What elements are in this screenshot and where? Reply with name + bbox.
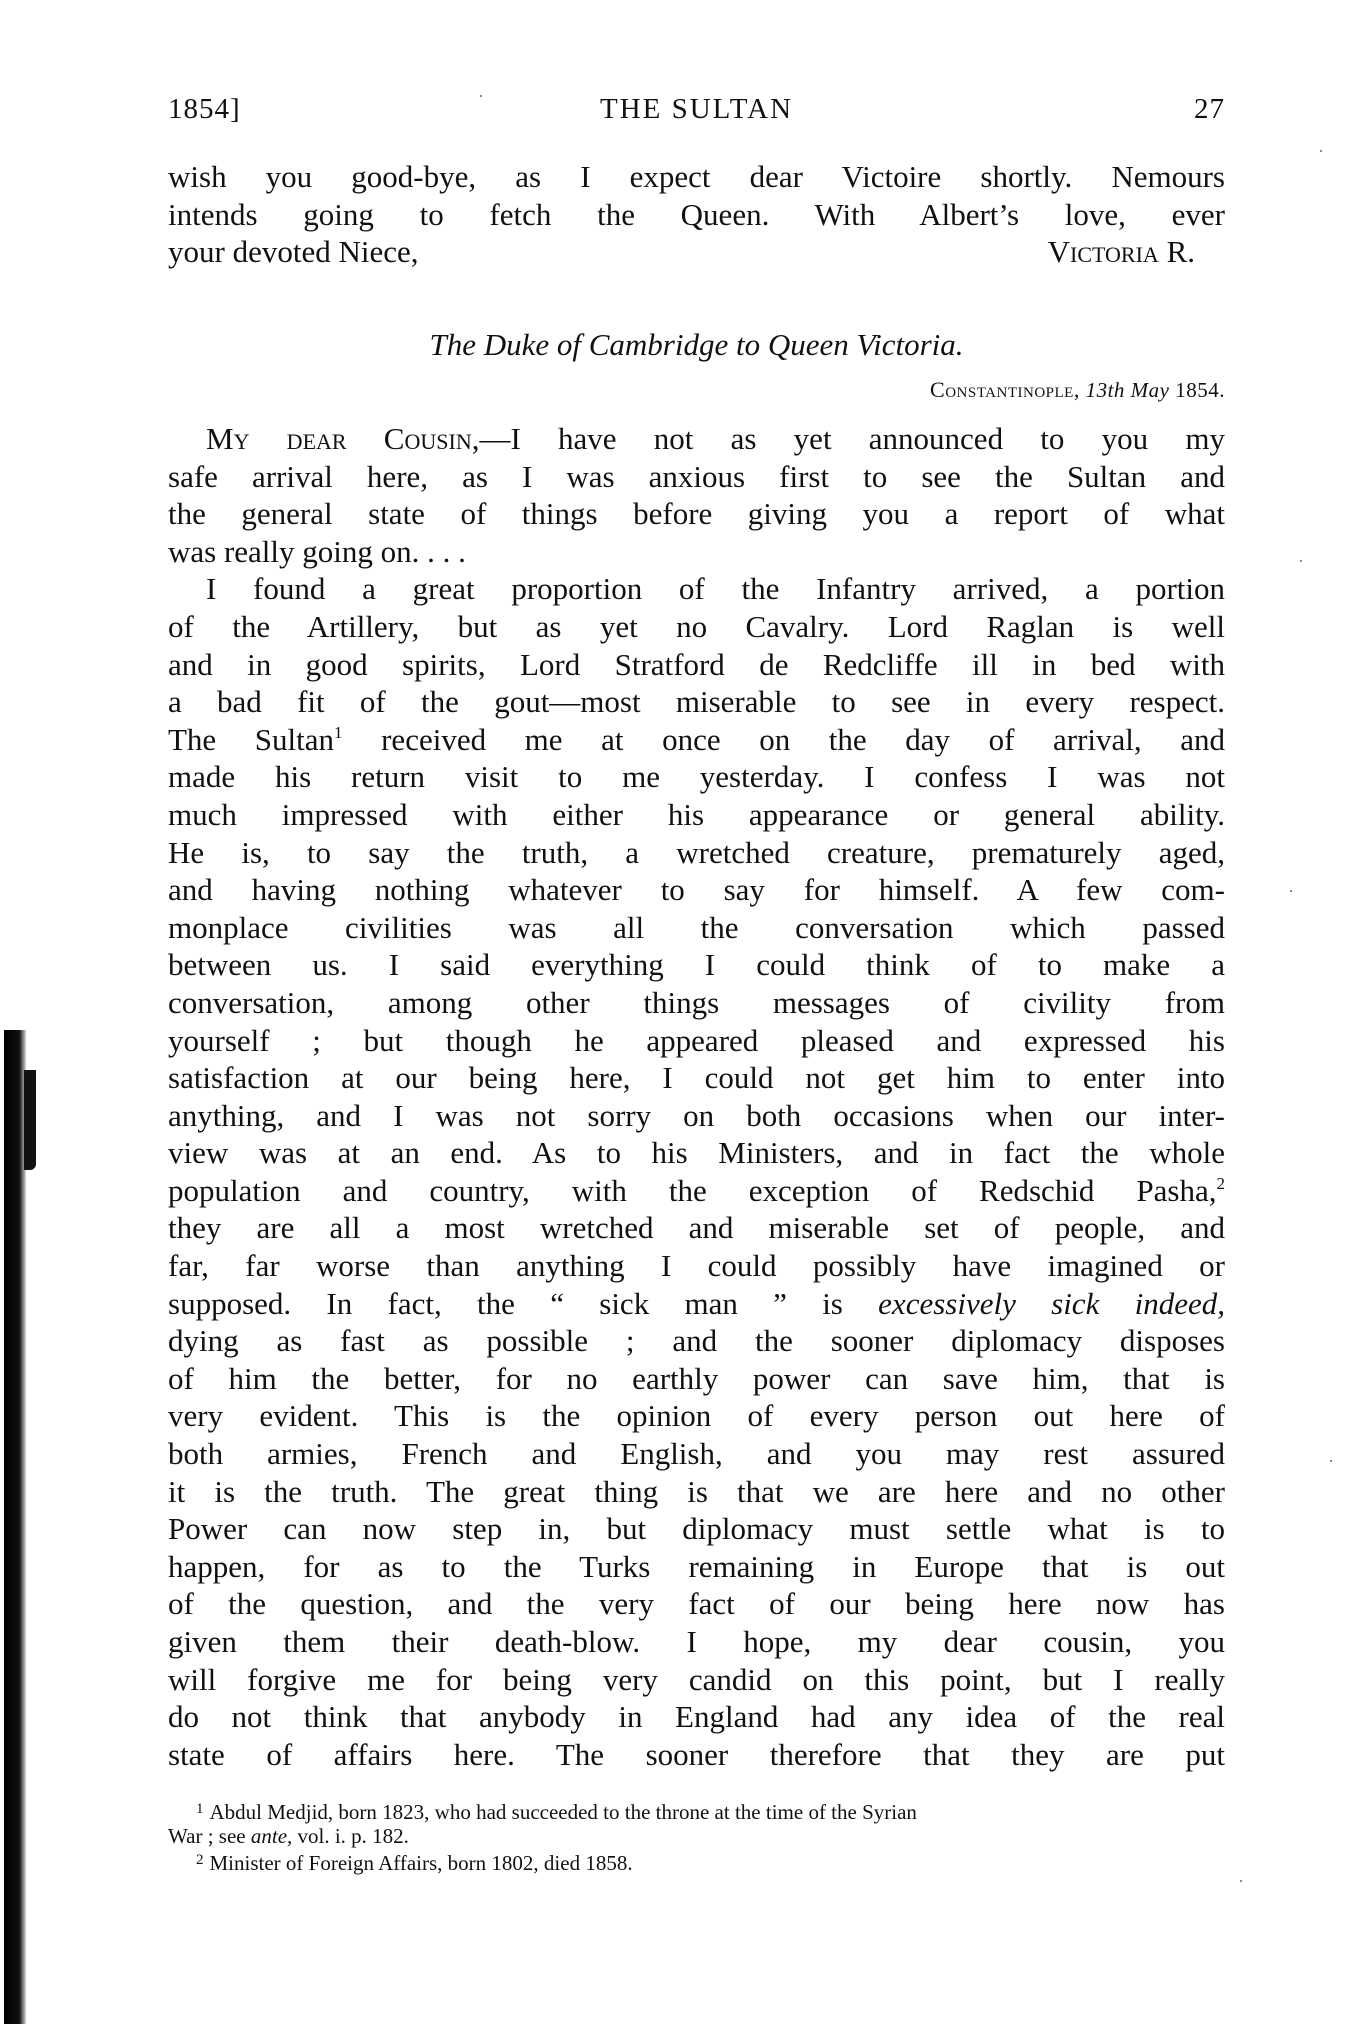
text-line: He is, to say the truth, a wretched crea… xyxy=(168,834,1225,872)
text-line: and having nothing whatever to say for h… xyxy=(168,871,1225,909)
letter-date-month: May xyxy=(1131,378,1170,402)
scan-speck xyxy=(480,95,482,97)
text-line: view was at an end. As to his Ministers,… xyxy=(168,1134,1225,1172)
footnote-text: War ; see xyxy=(168,1824,246,1848)
text-line: between us. I said everything I could th… xyxy=(168,946,1225,984)
book-page: 1854] THE SULTAN 27 wish you good-bye, a… xyxy=(0,0,1371,2024)
footnote-text: Minister of Foreign Affairs, born 1802, … xyxy=(210,1851,633,1875)
letter-title: The Duke of Cambridge to Queen Victoria. xyxy=(168,327,1225,363)
signature: Victoria R. xyxy=(1048,233,1195,271)
text-line: state of affairs here. The sooner theref… xyxy=(168,1736,1225,1774)
text-line: far, far worse than anything I could pos… xyxy=(168,1247,1225,1285)
text-line: they are all a most wretched and miserab… xyxy=(168,1209,1225,1247)
footnote-number: 2 xyxy=(196,1852,204,1868)
footnotes: 1Abdul Medjid, born 1823, who had succee… xyxy=(168,1797,1225,1875)
header-running-title: THE SULTAN xyxy=(168,93,1225,126)
text-span: —I have not as yet announced to you my xyxy=(479,421,1225,456)
letter-date-day: 13th xyxy=(1086,378,1125,402)
text-span: received me at once on the day of arriva… xyxy=(381,722,1225,757)
scan-speck xyxy=(1240,1880,1242,1882)
scan-speck xyxy=(1300,560,1302,562)
footnote-1-cont: War ; see ante, vol. i. p. 182. xyxy=(168,1824,1225,1848)
salutation: My dear Cousin, xyxy=(206,421,479,456)
text-line: and in good spirits, Lord Stratford de R… xyxy=(168,646,1225,684)
text-line: population and country, with the excepti… xyxy=(168,1172,1225,1210)
text-line: will forgive me for being very candid on… xyxy=(168,1661,1225,1699)
footnote-text: Abdul Medjid, born 1823, who had succeed… xyxy=(210,1800,917,1824)
letter-body: My dear Cousin,—I have not as yet announ… xyxy=(168,420,1225,1773)
letter-place: Constantinople, xyxy=(930,377,1080,402)
footnote-1: 1Abdul Medjid, born 1823, who had succee… xyxy=(168,1797,1225,1824)
text-line: was really going on. . . . xyxy=(168,533,1225,571)
text-line: the general state of things before givin… xyxy=(168,495,1225,533)
text-line: monplace civilities was all the conversa… xyxy=(168,909,1225,947)
text-line: much impressed with either his appearanc… xyxy=(168,796,1225,834)
text-span: population and country, with the excepti… xyxy=(168,1173,1217,1208)
footnote-number: 1 xyxy=(196,1801,204,1817)
closing: your devoted Niece, xyxy=(168,234,418,269)
text-line: dying as fast as possible ; and the soon… xyxy=(168,1322,1225,1360)
running-header: 1854] THE SULTAN 27 xyxy=(168,93,1225,133)
footnote-ref-2[interactable]: 2 xyxy=(1217,1174,1226,1193)
text-line: supposed. In fact, the “ sick man ” is e… xyxy=(168,1285,1225,1323)
text-line: happen, for as to the Turks remaining in… xyxy=(168,1548,1225,1586)
text-line: of the question, and the very fact of ou… xyxy=(168,1585,1225,1623)
text-line: conversation, among other things message… xyxy=(168,984,1225,1022)
text-line: My dear Cousin,—I have not as yet announ… xyxy=(168,420,1225,458)
binding-shadow xyxy=(4,1030,26,2024)
text-line: a bad fit of the gout—most miserable to … xyxy=(168,683,1225,721)
text-line: yourself ; but though he appeared please… xyxy=(168,1022,1225,1060)
text-line: I found a great proportion of the Infant… xyxy=(168,570,1225,608)
text-line: very evident. This is the opinion of eve… xyxy=(168,1397,1225,1435)
text-span: supposed. In fact, the “ sick man ” is xyxy=(168,1286,843,1321)
text-line: anything, and I was not sorry on both oc… xyxy=(168,1097,1225,1135)
text-line: intends going to fetch the Queen. With A… xyxy=(168,196,1225,234)
footnote-ref-1[interactable]: 1 xyxy=(334,723,343,742)
letter-dateline: Constantinople, 13th May 1854. xyxy=(930,377,1225,403)
text-line: safe arrival here, as I was anxious firs… xyxy=(168,458,1225,496)
scan-speck xyxy=(1330,1460,1332,1462)
text-line: of the Artillery, but as yet no Cavalry.… xyxy=(168,608,1225,646)
text-line: it is the truth. The great thing is that… xyxy=(168,1473,1225,1511)
page-number: 27 xyxy=(1194,93,1225,126)
text-line: wish you good-bye, as I expect dear Vict… xyxy=(168,158,1225,196)
emphasis-text: excessively sick indeed, xyxy=(878,1286,1225,1321)
scan-speck xyxy=(1320,150,1322,152)
text-line: both armies, French and English, and you… xyxy=(168,1435,1225,1473)
signoff-row: your devoted Niece, Victoria R. xyxy=(168,233,1225,271)
text-line: made his return visit to me yesterday. I… xyxy=(168,758,1225,796)
text-span: The Sultan xyxy=(168,722,334,757)
text-line: do not think that anybody in England had… xyxy=(168,1698,1225,1736)
text-line: of him the better, for no earthly power … xyxy=(168,1360,1225,1398)
text-line: given them their death-blow. I hope, my … xyxy=(168,1623,1225,1661)
binding-shadow-edge xyxy=(24,1070,36,1170)
text-line: satisfaction at our being here, I could … xyxy=(168,1059,1225,1097)
footnote-text: vol. i. p. 182. xyxy=(298,1824,409,1848)
footnote-2: 2Minister of Foreign Affairs, born 1802,… xyxy=(168,1848,1225,1875)
scan-speck xyxy=(1290,890,1292,892)
text-line: The Sultan1 received me at once on the d… xyxy=(168,721,1225,759)
text-line: Power can now step in, but diplomacy mus… xyxy=(168,1510,1225,1548)
letter-date-year: 1854. xyxy=(1175,378,1225,402)
footnote-emphasis: ante, xyxy=(251,1824,292,1848)
previous-letter-ending: wish you good-bye, as I expect dear Vict… xyxy=(168,158,1225,271)
